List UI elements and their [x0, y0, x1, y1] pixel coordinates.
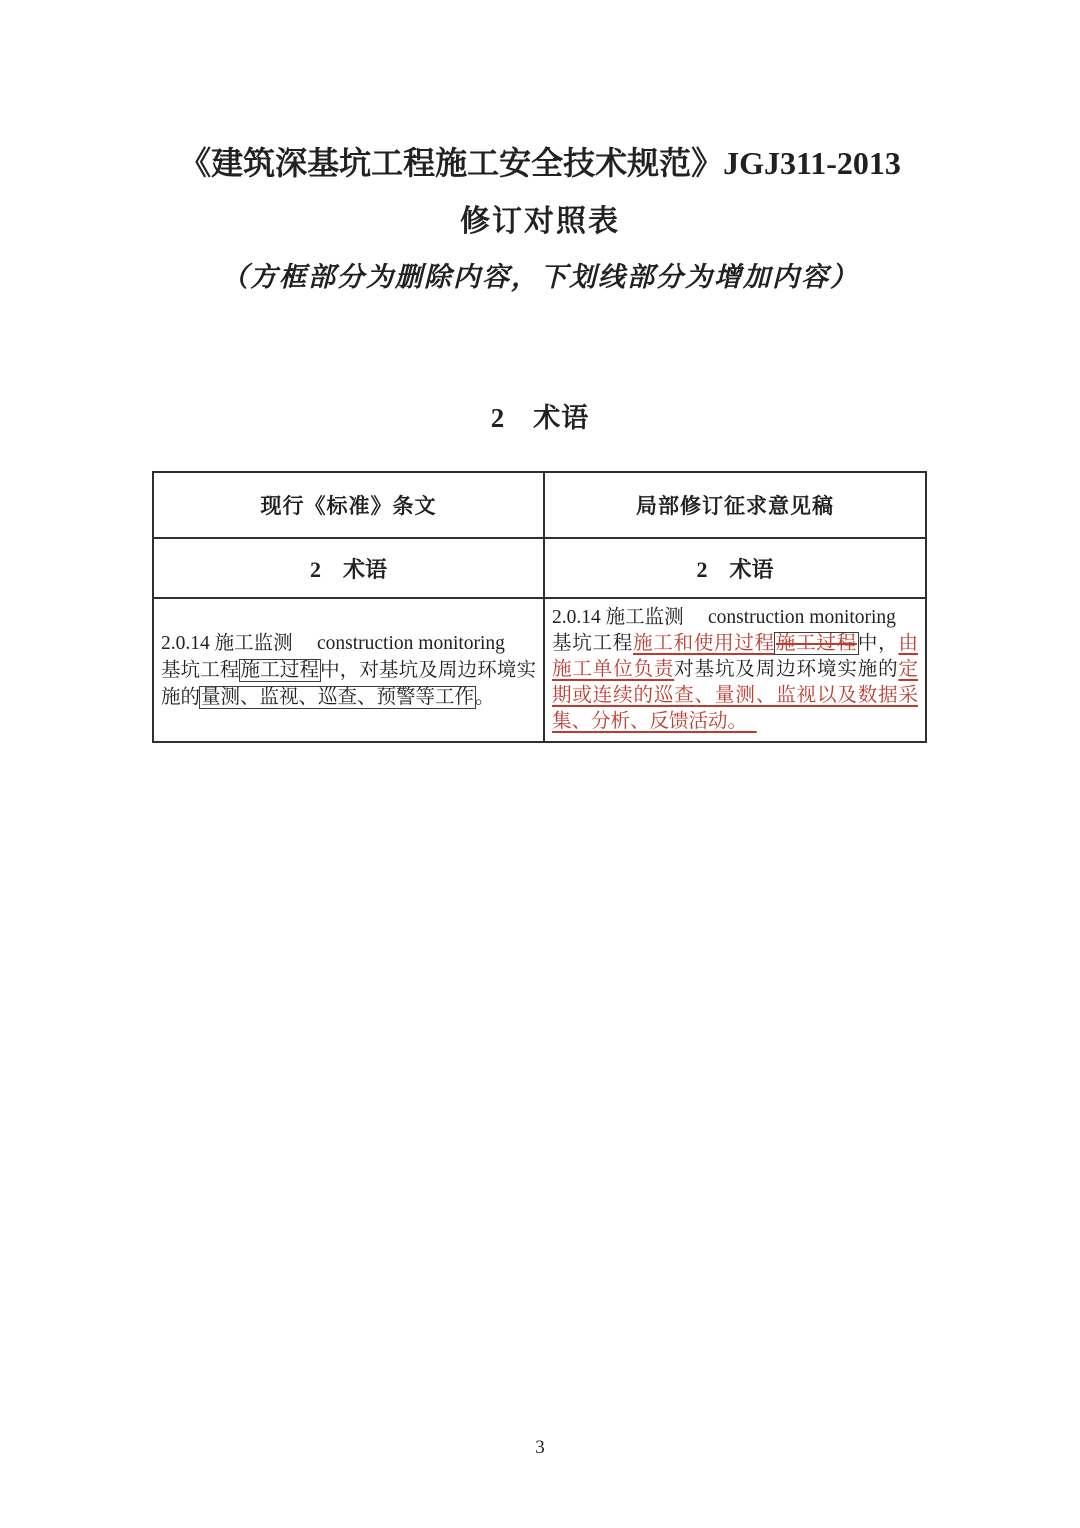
definition-current: 基坑工程施工过程中，对基坑及周边环境实施的量测、监视、巡查、预警等工作。: [161, 657, 536, 711]
section-cell-current: 2 术语: [153, 538, 544, 598]
document-title-standard-code: JGJ311-2013: [723, 145, 901, 181]
comparison-table: 现行《标准》条文 局部修订征求意见稿 2 术语 2 术语 2.0.14 施工监测…: [152, 471, 927, 743]
table-row: 2.0.14 施工监测 construction monitoring 基坑工程…: [153, 598, 926, 742]
text-segment-delbox: 施工过程: [775, 633, 858, 654]
column-header-current-standard: 现行《标准》条文: [153, 472, 544, 538]
definition-revised: 基坑工程施工和使用过程施工过程中，由施工单位负责对基坑及周边环境实施的定期或连续…: [552, 631, 918, 735]
section-heading: 2 术语: [0, 396, 1080, 435]
document-page: 《建筑深基坑工程施工安全技术规范》JGJ311-2013 修订对照表 （方框部分…: [0, 0, 1080, 1528]
term-line-current: 2.0.14 施工监测 construction monitoring: [161, 630, 536, 657]
text-segment-box: 量测、监视、巡查、预警等工作: [200, 687, 475, 708]
document-title: 《建筑深基坑工程施工安全技术规范》JGJ311-2013: [0, 138, 1080, 184]
text-segment-box: 施工过程: [240, 660, 321, 681]
clause-cell-current: 2.0.14 施工监测 construction monitoring 基坑工程…: [153, 598, 544, 742]
term-line-revised: 2.0.14 施工监测 construction monitoring: [552, 605, 918, 631]
clause-cell-revised: 2.0.14 施工监测 construction monitoring 基坑工程…: [544, 598, 926, 742]
text-segment-k: 基坑工程: [161, 660, 240, 681]
section-cell-revised: 2 术语: [544, 538, 926, 598]
document-title-chinese: 《建筑深基坑工程施工安全技术规范》: [179, 145, 723, 181]
document-subtitle: 修订对照表: [0, 196, 1080, 240]
text-segment-k: 中，: [858, 633, 899, 654]
text-segment-k: 基坑工程: [552, 633, 633, 654]
column-header-revision-draft: 局部修订征求意见稿: [544, 472, 926, 538]
text-segment-k: 对基坑及周边环境实施的: [674, 659, 898, 680]
table-header-row: 现行《标准》条文 局部修订征求意见稿: [153, 472, 926, 538]
page-number: 3: [0, 1437, 1080, 1459]
legend-note: （方框部分为删除内容，下划线部分为增加内容）: [0, 255, 1080, 294]
table-section-row: 2 术语 2 术语: [153, 538, 926, 598]
text-segment-k: 。: [475, 687, 495, 708]
text-segment-add: 施工和使用过程: [633, 633, 775, 654]
